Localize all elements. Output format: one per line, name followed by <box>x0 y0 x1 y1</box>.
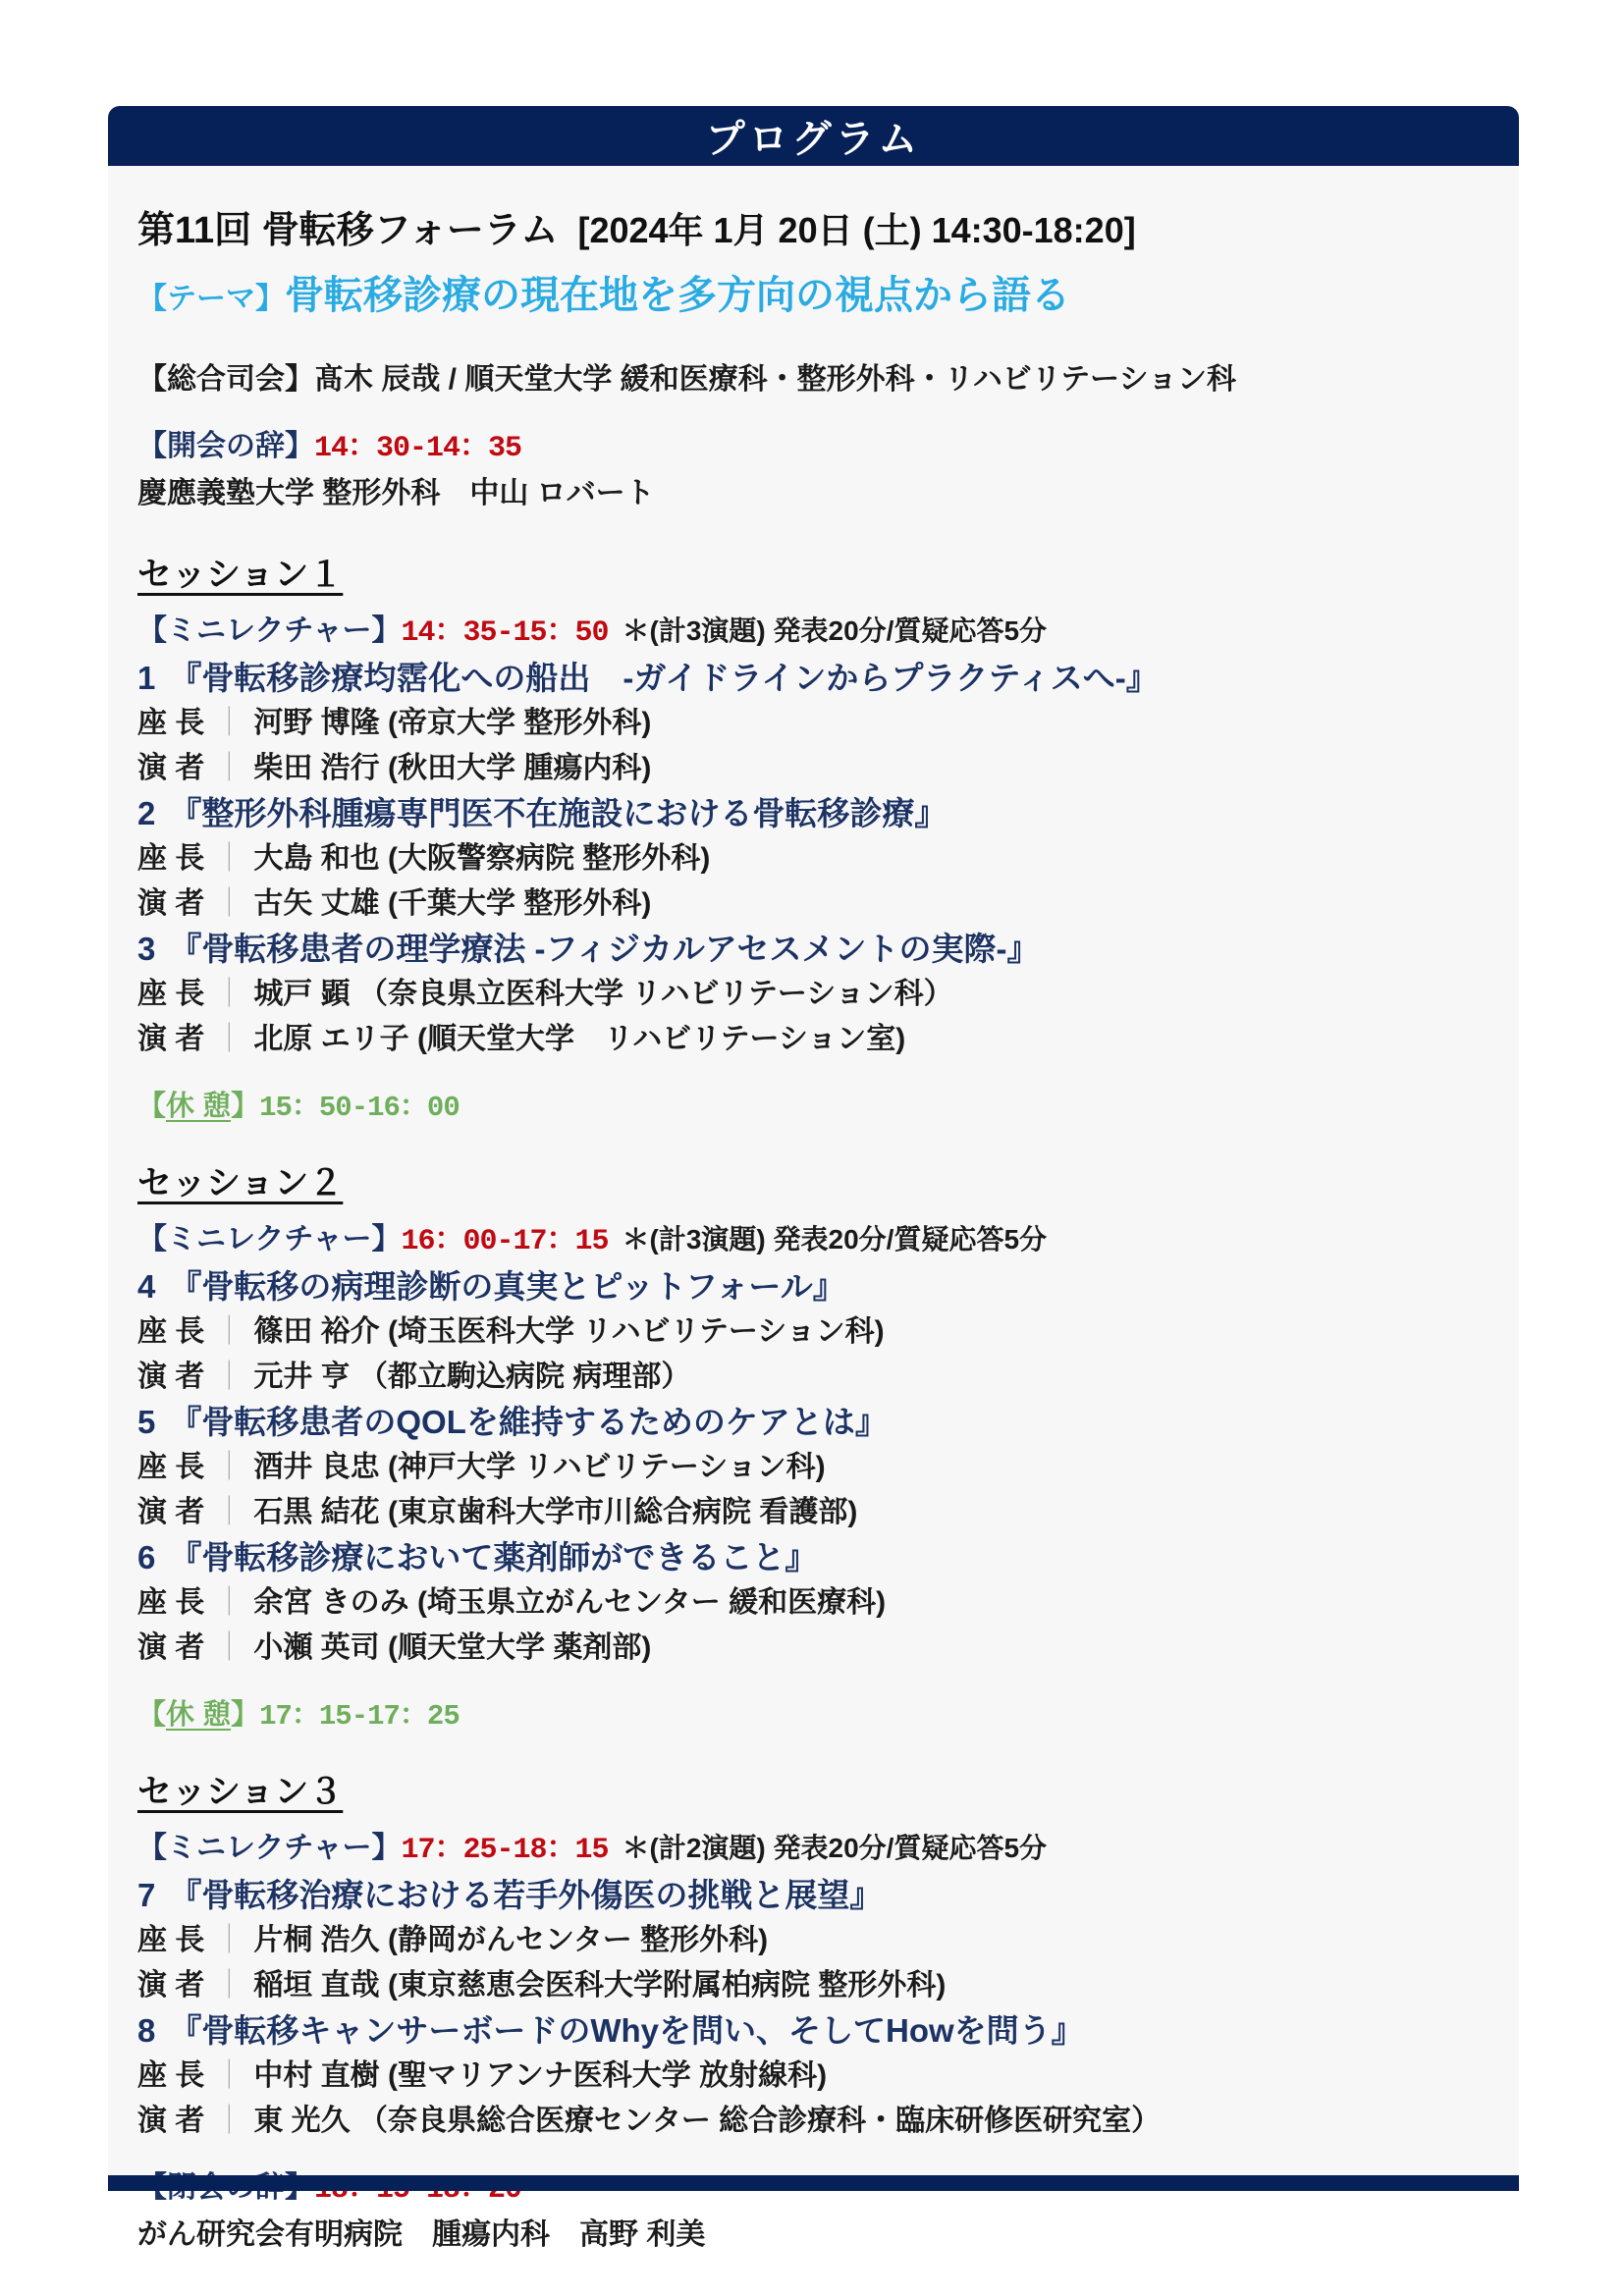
speaker-role-label: 演 者 <box>137 1631 204 1664</box>
chair-role-label: 座 長 <box>137 707 204 739</box>
talk-2-chair: 大島 和也 (大阪警察病院 整形外科) <box>253 842 710 875</box>
mc-text: 髙木 辰哉 / 順天堂大学 緩和医療科・整形外科・リハビリテーション科 <box>314 363 1236 396</box>
mc-label: 【総合司会】 <box>137 363 314 396</box>
talk-3-chair-line: 座 長｜城戸 顕 （奈良県立医科大学 リハビリテーション科） <box>137 972 1491 1017</box>
role-separator: ｜ <box>204 1023 253 1055</box>
chair-role-label: 座 長 <box>137 842 204 875</box>
talk-7-title: 『骨転移治療における若手外傷医の挑戦と展望』 <box>169 1877 882 1913</box>
talk-1-chair: 河野 博隆 (帝京大学 整形外科) <box>253 707 651 739</box>
session-3-lecture-line: 【ミニレクチャー】17：25-18：15＊(計2演題) 発表20分/質疑応答5分 <box>137 1826 1491 1873</box>
session-3-lecture-time: 17：25-18：15 <box>402 1834 609 1867</box>
talk-3-chair: 城戸 顕 （奈良県立医科大学 リハビリテーション科） <box>253 978 952 1010</box>
talk-2-number: 2 <box>137 795 155 831</box>
program-header-bar: プログラム <box>108 106 1519 166</box>
talk-4-title: 『骨転移の病理診断の真実とピットフォール』 <box>169 1268 844 1305</box>
talk-6-chair: 余宮 きのみ (埼玉県立がんセンター 緩和医療科) <box>253 1586 886 1619</box>
session-3-lecture-label: 【ミニレクチャー】 <box>137 1832 402 1864</box>
role-separator: ｜ <box>204 752 253 784</box>
session-1-lecture-note: ＊(計3演題) 発表20分/質疑応答5分 <box>623 615 1048 646</box>
program-content-panel: 第11回 骨転移フォーラム[2024年 1月 20日 (土) 14:30-18:… <box>108 166 1519 2175</box>
role-separator: ｜ <box>204 1586 253 1619</box>
talk-4-title-line: 4『骨転移の病理診断の真実とピットフォール』 <box>137 1264 1491 1309</box>
talk-7-chair-line: 座 長｜片桐 浩久 (静岡がんセンター 整形外科) <box>137 1918 1491 1963</box>
talk-4-chair: 篠田 裕介 (埼玉医科大学 リハビリテーション科) <box>253 1315 884 1348</box>
speaker-role-label: 演 者 <box>137 2105 204 2137</box>
session-1-lecture-time: 14：35-15：50 <box>402 616 609 650</box>
opening-person: 慶應義塾大学 整形外科 中山 ロバート <box>137 471 1491 516</box>
talk-5-title-line: 5『骨転移患者のQOLを維持するためのケアとは』 <box>137 1400 1491 1445</box>
role-separator: ｜ <box>204 707 253 739</box>
break-1-time: 15：50-16：00 <box>259 1092 460 1124</box>
session-1-lecture-line: 【ミニレクチャー】14：35-15：50＊(計3演題) 発表20分/質疑応答5分 <box>137 609 1491 656</box>
talk-8-chair: 中村 直樹 (聖マリアンナ医科大学 放射線科) <box>253 2059 827 2092</box>
talk-2-title-line: 2『整形外科腫瘍専門医不在施設における骨転移診療』 <box>137 791 1491 836</box>
program-header-title: プログラム <box>706 108 922 164</box>
break-2-time: 17：15-17：25 <box>259 1700 460 1733</box>
talk-1-title-line: 1『骨転移診療均霑化への船出 -ガイドラインからプラクティスへ-』 <box>137 656 1491 701</box>
role-separator: ｜ <box>204 1924 253 1956</box>
talk-8-speaker-line: 演 者｜東 光久 （奈良県総合医療センター 総合診療科・臨床研修医研究室） <box>137 2099 1491 2144</box>
session-2-lecture-label: 【ミニレクチャー】 <box>137 1223 402 1255</box>
talk-8-title: 『骨転移キャンサーボードのWhyを問い、そしてHowを問う』 <box>169 2012 1083 2049</box>
talk-5-speaker-line: 演 者｜石黒 結花 (東京歯科大学市川総合病院 看護部) <box>137 1490 1491 1535</box>
speaker-role-label: 演 者 <box>137 752 204 784</box>
talk-2-speaker-line: 演 者｜古矢 丈雄 (千葉大学 整形外科) <box>137 881 1491 927</box>
role-separator: ｜ <box>204 1361 253 1393</box>
break-2-line: 【休 憩】17：15-17：25 <box>137 1692 1491 1739</box>
talk-7-speaker: 稲垣 直哉 (東京慈恵会医科大学附属柏病院 整形外科) <box>253 1969 946 2002</box>
chair-role-label: 座 長 <box>137 1315 204 1348</box>
talk-4-number: 4 <box>137 1268 155 1305</box>
program-footer-bar <box>108 2175 1519 2191</box>
talk-6-title: 『骨転移診療において薬剤師ができること』 <box>169 1539 817 1575</box>
talk-6-speaker-line: 演 者｜小瀬 英司 (順天堂大学 薬剤部) <box>137 1626 1491 1671</box>
talk-6-number: 6 <box>137 1539 155 1575</box>
role-separator: ｜ <box>204 1315 253 1348</box>
talk-8-number: 8 <box>137 2012 155 2049</box>
talk-1-title: 『骨転移診療均霑化への船出 -ガイドラインからプラクティスへ-』 <box>169 660 1158 696</box>
chair-role-label: 座 長 <box>137 1451 204 1483</box>
talk-6-title-line: 6『骨転移診療において薬剤師ができること』 <box>137 1535 1491 1580</box>
talk-1-speaker: 柴田 浩行 (秋田大学 腫瘍内科) <box>253 752 651 784</box>
role-separator: ｜ <box>204 1451 253 1483</box>
talk-3-title-line: 3『骨転移患者の理学療法 -フィジカルアセスメントの実際-』 <box>137 927 1491 972</box>
closing-person: がん研究会有明病院 腫瘍内科 高野 利美 <box>137 2213 1491 2258</box>
bracket-open: 【 <box>137 1091 166 1122</box>
role-separator: ｜ <box>204 2105 253 2137</box>
role-separator: ｜ <box>204 2059 253 2092</box>
role-separator: ｜ <box>204 1496 253 1528</box>
talk-4-speaker-line: 演 者｜元井 亨 （都立駒込病院 病理部） <box>137 1355 1491 1400</box>
talk-3-title: 『骨転移患者の理学療法 -フィジカルアセスメントの実際-』 <box>169 931 1039 967</box>
break-1-label: 休 憩 <box>166 1091 231 1122</box>
talk-5-chair: 酒井 良忠 (神戸大学 リハビリテーション科) <box>253 1451 825 1483</box>
chair-role-label: 座 長 <box>137 1924 204 1956</box>
break-2-label: 休 憩 <box>166 1699 231 1731</box>
bracket-close: 】 <box>231 1699 259 1731</box>
session-2-lecture-note: ＊(計3演題) 発表20分/質疑応答5分 <box>623 1224 1048 1255</box>
bracket-open: 【 <box>137 1699 166 1731</box>
chair-role-label: 座 長 <box>137 978 204 1010</box>
event-title-line: 第11回 骨転移フォーラム[2024年 1月 20日 (土) 14:30-18:… <box>137 205 1491 256</box>
talk-3-speaker-line: 演 者｜北原 エリ子 (順天堂大学 リハビリテーション室) <box>137 1017 1491 1062</box>
event-datetime: [2024年 1月 20日 (土) 14:30-18:20] <box>577 210 1135 250</box>
role-separator: ｜ <box>204 887 253 920</box>
mc-line: 【総合司会】髙木 辰哉 / 順天堂大学 緩和医療科・整形外科・リハビリテーション… <box>137 357 1491 402</box>
speaker-role-label: 演 者 <box>137 1969 204 2002</box>
session-2-lecture-time: 16：00-17：15 <box>402 1225 609 1258</box>
talk-3-speaker: 北原 エリ子 (順天堂大学 リハビリテーション室) <box>253 1023 905 1055</box>
speaker-role-label: 演 者 <box>137 1023 204 1055</box>
opening-time: 14：30-14：35 <box>314 432 521 465</box>
talk-2-title: 『整形外科腫瘍専門医不在施設における骨転移診療』 <box>169 795 947 831</box>
session-2-heading: セッション２ <box>137 1158 1491 1209</box>
talk-5-chair-line: 座 長｜酒井 良忠 (神戸大学 リハビリテーション科) <box>137 1445 1491 1490</box>
chair-role-label: 座 長 <box>137 1586 204 1619</box>
talk-3-number: 3 <box>137 931 155 967</box>
bracket-close: 】 <box>231 1091 259 1122</box>
session-1-lecture-label: 【ミニレクチャー】 <box>137 614 402 647</box>
session-2-lecture-line: 【ミニレクチャー】16：00-17：15＊(計3演題) 発表20分/質疑応答5分 <box>137 1217 1491 1264</box>
event-title: 第11回 骨転移フォーラム <box>137 210 558 251</box>
talk-2-chair-line: 座 長｜大島 和也 (大阪警察病院 整形外科) <box>137 836 1491 881</box>
theme-text: 骨転移診療の現在地を多方向の視点から語る <box>285 274 1070 317</box>
talk-5-title: 『骨転移患者のQOLを維持するためのケアとは』 <box>169 1404 888 1440</box>
talk-5-speaker: 石黒 結花 (東京歯科大学市川総合病院 看護部) <box>253 1496 857 1528</box>
talk-1-speaker-line: 演 者｜柴田 浩行 (秋田大学 腫瘍内科) <box>137 746 1491 791</box>
theme-label: 【テーマ】 <box>137 283 285 315</box>
talk-5-number: 5 <box>137 1404 155 1440</box>
role-separator: ｜ <box>204 1631 253 1664</box>
talk-8-title-line: 8『骨転移キャンサーボードのWhyを問い、そしてHowを問う』 <box>137 2008 1491 2054</box>
speaker-role-label: 演 者 <box>137 1496 204 1528</box>
talk-7-speaker-line: 演 者｜稲垣 直哉 (東京慈恵会医科大学附属柏病院 整形外科) <box>137 1963 1491 2008</box>
role-separator: ｜ <box>204 978 253 1010</box>
session-3-heading: セッション３ <box>137 1767 1491 1818</box>
talk-1-number: 1 <box>137 660 155 696</box>
talk-1-chair-line: 座 長｜河野 博隆 (帝京大学 整形外科) <box>137 701 1491 746</box>
talk-6-speaker: 小瀬 英司 (順天堂大学 薬剤部) <box>253 1631 651 1664</box>
theme-line: 【テーマ】骨転移診療の現在地を多方向の視点から語る <box>137 268 1491 332</box>
talk-4-speaker: 元井 亨 （都立駒込病院 病理部） <box>253 1361 690 1393</box>
talk-4-chair-line: 座 長｜篠田 裕介 (埼玉医科大学 リハビリテーション科) <box>137 1309 1491 1355</box>
talk-6-chair-line: 座 長｜余宮 きのみ (埼玉県立がんセンター 緩和医療科) <box>137 1580 1491 1626</box>
chair-role-label: 座 長 <box>137 2059 204 2092</box>
role-separator: ｜ <box>204 842 253 875</box>
role-separator: ｜ <box>204 1969 253 2002</box>
talk-7-number: 7 <box>137 1877 155 1913</box>
break-1-line: 【休 憩】15：50-16：00 <box>137 1084 1491 1131</box>
talk-7-title-line: 7『骨転移治療における若手外傷医の挑戦と展望』 <box>137 1873 1491 1918</box>
opening-label: 【開会の辞】 <box>137 430 314 462</box>
talk-8-chair-line: 座 長｜中村 直樹 (聖マリアンナ医科大学 放射線科) <box>137 2054 1491 2099</box>
session-3-lecture-note: ＊(計2演題) 発表20分/質疑応答5分 <box>623 1833 1048 1863</box>
session-1-heading: セッション１ <box>137 550 1491 601</box>
speaker-role-label: 演 者 <box>137 887 204 920</box>
opening-line: 【開会の辞】14：30-14：35 <box>137 424 1491 471</box>
talk-2-speaker: 古矢 丈雄 (千葉大学 整形外科) <box>253 887 651 920</box>
talk-8-speaker: 東 光久 （奈良県総合医療センター 総合診療科・臨床研修医研究室） <box>253 2105 1161 2137</box>
talk-7-chair: 片桐 浩久 (静岡がんセンター 整形外科) <box>253 1924 768 1956</box>
speaker-role-label: 演 者 <box>137 1361 204 1393</box>
program-page: プログラム 第11回 骨転移フォーラム[2024年 1月 20日 (土) 14:… <box>0 0 1624 2296</box>
